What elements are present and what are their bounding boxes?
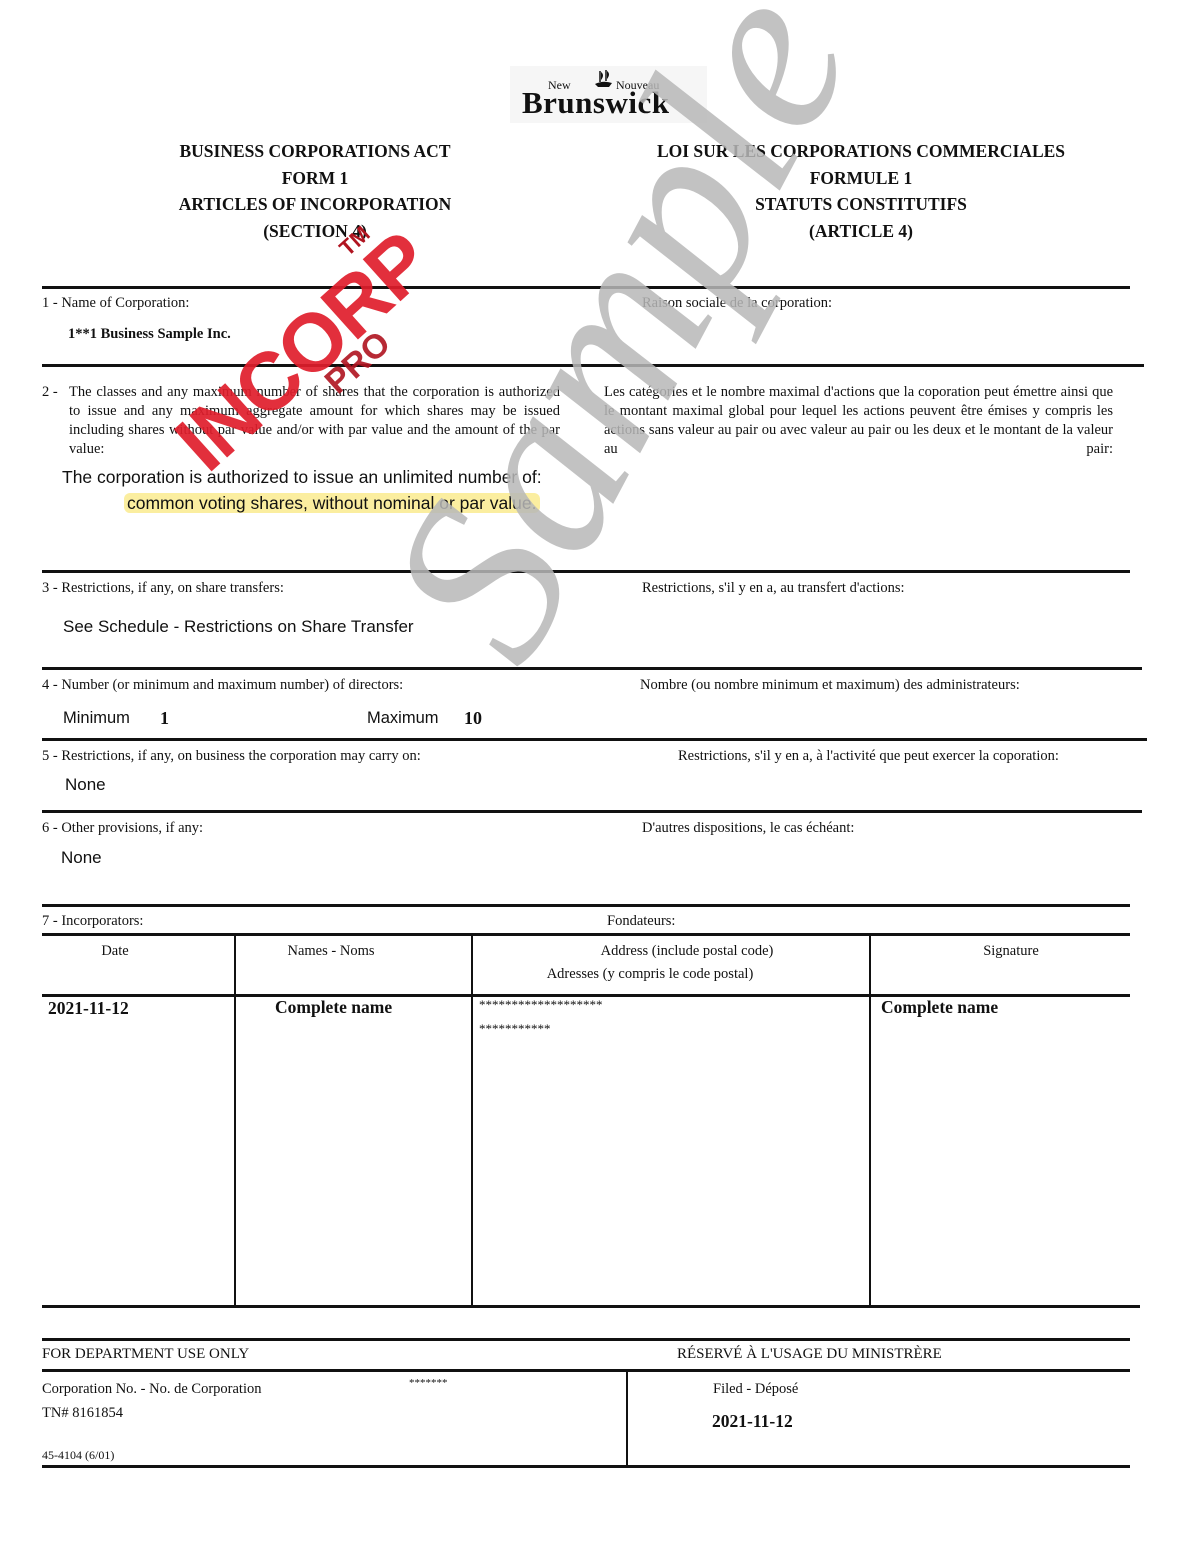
divider	[42, 1465, 1130, 1468]
section5-label-fr: Restrictions, s'il y en a, à l'activité …	[678, 748, 1059, 765]
column-divider	[471, 934, 473, 1306]
section5-label: 5 - Restrictions, if any, on business th…	[42, 748, 421, 765]
filed-date: 2021-11-12	[712, 1411, 793, 1432]
shares-statement: The corporation is authorized to issue a…	[62, 467, 542, 488]
share-transfer-restrictions: See Schedule - Restrictions on Share Tra…	[63, 617, 414, 637]
col-signature: Signature	[870, 943, 1152, 960]
table-bottom-border	[42, 1305, 1140, 1308]
header-french: LOI SUR LES CORPORATIONS COMMERCIALES FO…	[610, 138, 1112, 244]
header-form: FORM 1	[120, 165, 510, 192]
incorporator-address-line1: *******************	[479, 997, 603, 1013]
corporation-name: 1**1 Business Sample Inc.	[68, 326, 231, 343]
section1-label: 1 - Name of Corporation:	[42, 295, 189, 312]
section2-number: 2 -	[42, 384, 58, 401]
logo-brunswick: Brunswick	[522, 87, 669, 119]
header-act: BUSINESS CORPORATIONS ACT	[120, 138, 510, 165]
col-address: Address (include postal code)	[472, 943, 902, 960]
header-form-fr: FORMULE 1	[610, 165, 1112, 192]
col-date: Date	[42, 943, 188, 960]
other-provisions: None	[61, 848, 102, 868]
table-top-border	[42, 933, 1130, 936]
corp-no-label: Corporation No. - No. de Corporation	[42, 1381, 261, 1398]
section1-label-fr: Raison sociale de la corporation:	[642, 295, 832, 312]
divider	[42, 286, 1130, 289]
dept-use-label: FOR DEPARTMENT USE ONLY	[42, 1346, 249, 1363]
max-directors-label: Maximum	[367, 709, 439, 728]
divider	[42, 570, 1130, 573]
header-title-fr: STATUTS CONSTITUTIFS	[610, 191, 1112, 218]
new-brunswick-logo: New Nouveau Brunswick	[510, 66, 707, 123]
divider	[42, 364, 1144, 367]
incorporator-name: Complete name	[275, 997, 392, 1018]
section3-label: 3 - Restrictions, if any, on share trans…	[42, 580, 284, 597]
column-divider	[234, 934, 236, 1306]
max-directors-value: 10	[464, 708, 482, 729]
filed-label: Filed - Déposé	[713, 1381, 798, 1398]
section3-label-fr: Restrictions, s'il y en a, au transfert …	[642, 580, 905, 597]
section2-label-fr: Les catégories et le nombre maximal d'ac…	[604, 383, 1113, 459]
header-english: BUSINESS CORPORATIONS ACT FORM 1 ARTICLE…	[120, 138, 510, 244]
section6-label-fr: D'autres dispositions, le cas échéant:	[642, 820, 854, 837]
incorporator-signature: Complete name	[881, 997, 998, 1018]
shares-class: common voting shares, without nominal or…	[124, 493, 540, 513]
form-code: 45-4104 (6/01)	[42, 1448, 114, 1463]
divider	[42, 667, 1142, 670]
section2-label: The classes and any maximum number of sh…	[69, 383, 560, 459]
min-directors-label: Minimum	[63, 709, 130, 728]
section4-label-fr: Nombre (ou nombre minimum et maximum) de…	[640, 677, 1020, 694]
dept-use-label-fr: RÉSERVÉ À L'USAGE DU MINISTRÈRE	[677, 1346, 942, 1363]
corp-no-value: *******	[409, 1377, 448, 1389]
col-address-fr: Adresses (y compris le code postal)	[472, 966, 828, 983]
business-restrictions: None	[65, 775, 106, 795]
divider	[42, 738, 1147, 741]
incorporator-address-line2: ***********	[479, 1021, 551, 1037]
divider	[42, 1369, 1130, 1372]
shares-class-wrap: common voting shares, without nominal or…	[124, 493, 540, 514]
col-names: Names - Noms	[236, 943, 426, 960]
header-title: ARTICLES OF INCORPORATION	[120, 191, 510, 218]
incorporator-date: 2021-11-12	[48, 998, 129, 1019]
column-divider	[869, 934, 871, 1306]
divider	[42, 1338, 1130, 1341]
tn-number: TN# 8161854	[42, 1405, 123, 1422]
divider	[42, 904, 1130, 907]
divider	[42, 810, 1142, 813]
header-section: (SECTION 4)	[120, 218, 510, 245]
section6-label: 6 - Other provisions, if any:	[42, 820, 203, 837]
header-act-fr: LOI SUR LES CORPORATIONS COMMERCIALES	[610, 138, 1112, 165]
min-directors-value: 1	[160, 708, 169, 729]
section7-label-fr: Fondateurs:	[607, 913, 675, 930]
dept-column-divider	[626, 1372, 628, 1466]
section4-label: 4 - Number (or minimum and maximum numbe…	[42, 677, 403, 694]
section7-label: 7 - Incorporators:	[42, 913, 143, 930]
header-section-fr: (ARTICLE 4)	[610, 218, 1112, 245]
